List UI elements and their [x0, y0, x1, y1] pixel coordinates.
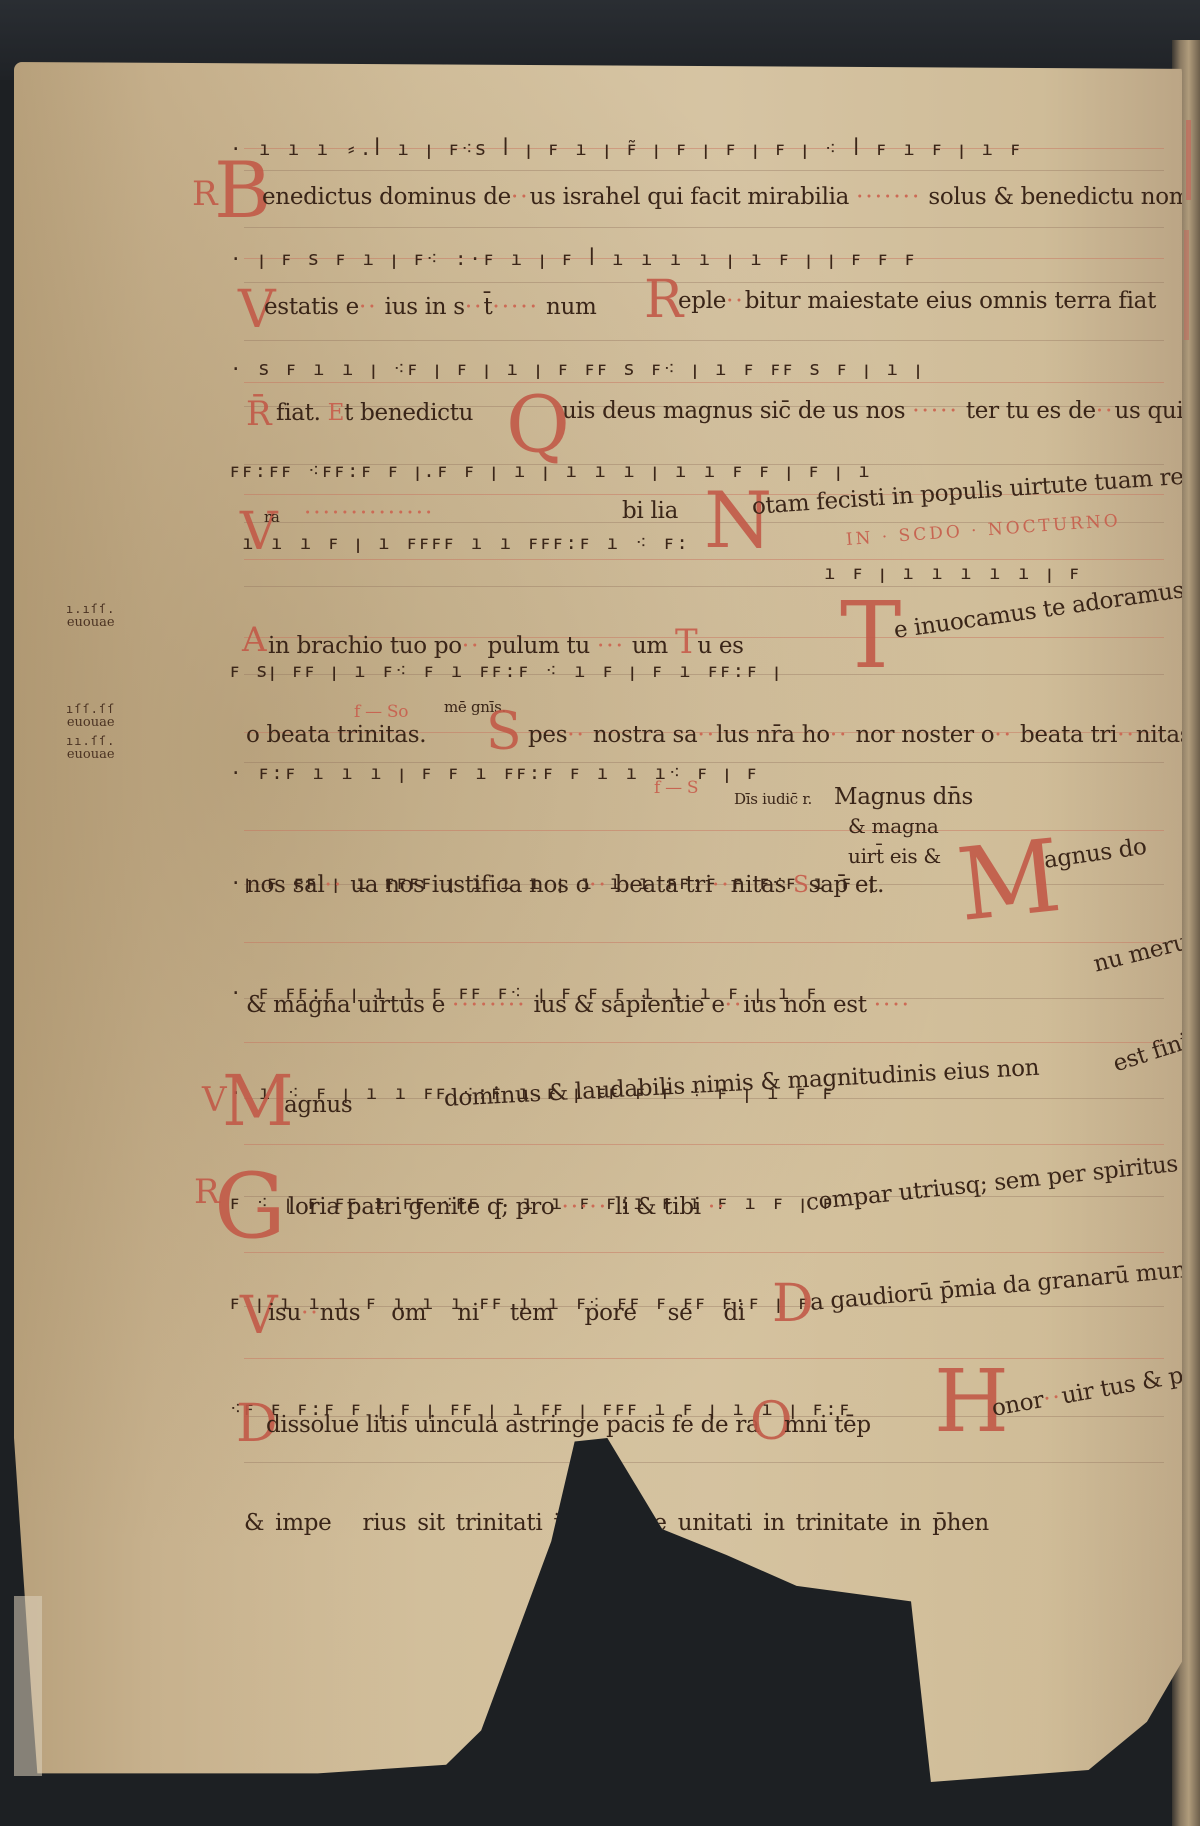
text-segment: fiat.	[276, 400, 321, 426]
chant-text-line-13: & impe rius sit trinitati in unitate uni…	[244, 1510, 989, 1536]
text-segment: pore se	[585, 1300, 693, 1326]
margin-euouae: euouae	[66, 748, 115, 762]
initial-letter-m: M	[952, 817, 1066, 944]
melisma-dots: ·····	[912, 398, 959, 424]
text-segment: uis deus magnus sic̄ de us nos	[562, 398, 905, 424]
melisma-dots: ··	[712, 872, 731, 898]
text-segment: loria patri genite q; pro	[288, 1194, 554, 1220]
melisma-dots: ··	[301, 1300, 320, 1326]
margin-euouae: euouae	[66, 716, 115, 730]
melisma-dots: ··	[708, 1194, 727, 1220]
melisma-dots: ··	[511, 184, 530, 210]
chant-text-line-12: dissolue litis uincula astringe pacis fe…	[266, 1412, 759, 1438]
margin-neumes: ı.ıſſ.	[66, 602, 115, 616]
melisma-dots: ········	[452, 992, 527, 1018]
text-segment: ua nos iustifica nos o	[350, 872, 589, 898]
chant-text-line-1: enedictus dominus de··us israhel qui fac…	[262, 184, 1200, 210]
melisma-dots: ··	[567, 722, 586, 748]
text-segment: ius & sapientie e	[534, 992, 725, 1018]
melisma-dots: ··	[994, 722, 1013, 748]
chant-text-line-6: o beata trinitas.	[246, 722, 426, 748]
melisma-dots: ··	[589, 872, 608, 898]
rubric-s: S	[793, 872, 808, 898]
initial-letter-n: N	[704, 476, 772, 566]
rubric-in-secundo-nocturno: IN · SCDO · NOCTURNO	[845, 511, 1121, 550]
chant-text-line-2: estatis e·· ius in s··t̄····· num	[264, 294, 597, 320]
margin-differentia: ıı.ſſ. euouae	[66, 734, 115, 762]
melisma-dots: ·······	[856, 184, 921, 210]
rubric-cue: f — So	[354, 702, 408, 722]
melisma-dots: ·····	[492, 294, 539, 320]
initial-letter-g: G	[214, 1154, 286, 1259]
chant-text-line-10b: compar utriusq; sem per spiritus alme	[805, 1144, 1200, 1215]
parchment-leaf: ı.ıſſ. euouae ıſſ.ſſ euouae ıı.ſſ. euoua…	[14, 62, 1182, 1782]
text-segment: uir tus	[1060, 1371, 1138, 1409]
chant-text-line-9: agnus	[284, 1092, 352, 1118]
text-segment: ra	[264, 508, 280, 526]
text-segment: pes	[528, 722, 567, 748]
ruling-line	[244, 170, 1164, 171]
initial-letter-a: A	[242, 620, 267, 660]
neume-row: · ꞁ ꜰ ꜱ ꜰ ı ꞁ ꜰ⁖ :·ꜰ ı ꞁ ꜰ ꟾ ı ı ı ı ꞁ ı…	[230, 248, 917, 270]
chant-text-line-5: in brachio tuo po·· pulum tu ··· um Tu e…	[268, 622, 744, 662]
ruling-line	[244, 1042, 1164, 1043]
neume-row: ı ı ı ꜰ ꞁ ı ꜰꜰꜰꜰ ı ı ꜰꜰꜰ:ꜰ ı ⁖ ꜰ:	[242, 532, 691, 554]
ruling-line	[244, 1462, 1164, 1463]
text-segment: in brachio tuo po	[268, 633, 462, 659]
initial-letter-q: Q	[506, 380, 570, 470]
text-segment: & magna uirtus e	[246, 992, 445, 1018]
rubric-cue-text: Dīs iudic̄ r.	[734, 790, 812, 808]
melisma-dots: ··	[462, 633, 481, 659]
chant-text-line-3b: uis deus magnus sic̄ de us nos ····· ter…	[562, 398, 1200, 424]
chant-text-line-12b: mni tēp	[784, 1412, 871, 1438]
melisma-dots: ··	[1096, 398, 1115, 424]
text-segment: ter tu es de	[966, 398, 1096, 424]
melisma-dots: ··	[726, 288, 745, 314]
ruling-line	[244, 382, 1164, 383]
text-segment: agnus	[284, 1092, 352, 1118]
melisma-dots: ··	[725, 992, 744, 1018]
parchment-repair-strip	[14, 1596, 42, 1776]
ruling-line	[244, 586, 1164, 587]
chant-text-line-8: & magna uirtus e ········ ius & sapienti…	[246, 992, 911, 1018]
text-segment: dissolue litis uincula astringe pacis fe…	[266, 1412, 759, 1438]
text-segment: nos sal	[246, 872, 325, 898]
versus-text: uirt̄ eis &	[848, 844, 941, 868]
text-segment: ius in s	[385, 294, 465, 320]
text-segment: pulum tu	[487, 633, 589, 659]
text-segment: enedictus dominus de	[262, 184, 511, 210]
initial-letter-t-large: T	[840, 582, 901, 689]
ruling-line	[244, 1252, 1164, 1253]
text-segment: nostra sa	[593, 722, 698, 748]
text-segment: eple	[678, 288, 726, 314]
ruling-line	[244, 282, 1164, 283]
text-segment: ius non est	[743, 992, 866, 1018]
ruling-line	[244, 942, 1164, 943]
text-segment: isu	[268, 1300, 301, 1326]
text-segment: & impe	[244, 1510, 331, 1536]
ruling-line	[244, 1144, 1164, 1145]
margin-neumes: ıı.ſſ.	[66, 734, 115, 748]
melisma-dots: ··	[325, 872, 344, 898]
chant-text-line-3: fiat. Et benedictu	[276, 400, 473, 426]
margin-differentia: ı.ıſſ. euouae	[66, 602, 115, 630]
chant-text-line-2b: eple··bitur maiestate eius omnis terra f…	[678, 288, 1156, 314]
margin-neumes: ıſſ.ſſ	[66, 702, 115, 716]
melisma-dots: ··	[830, 722, 849, 748]
chant-text-line-7: nos sal·· ua nos iustifica nos o·· beata…	[246, 872, 884, 898]
initial-letter-t: T	[675, 622, 697, 662]
chant-text-line-10: loria patri genite q; pro ····· li & tib…	[288, 1194, 726, 1220]
text-segment: solus & benedictu nomen ma	[928, 184, 1200, 210]
neume-row: ꜰ ꜱꞁ ꜰꜰ ꞁ ı ꜰ⁖ ꜰ ı ꜰꜰ:ꜰ ⁖ ı ꜰ ꞁ ꜰ ı ꜰꜰ:ꜰ…	[230, 660, 782, 682]
initial-letter-d: D	[772, 1274, 814, 1334]
rubric-cue-text: Magnus dn̄s	[834, 784, 973, 810]
ruling-line	[244, 340, 1164, 341]
chant-text-line-11: isu··nus om ni tem pore se di	[268, 1300, 745, 1326]
next-page-red-initial-fragment	[1184, 230, 1189, 340]
text-segment: u es	[697, 633, 743, 659]
text-segment: li & tibi	[615, 1194, 701, 1220]
text-segment: di	[724, 1300, 745, 1326]
margin-differentia: ıſſ.ſſ euouae	[66, 702, 115, 730]
melisma-dots: ··	[359, 294, 378, 320]
margin-euouae: euouae	[66, 616, 115, 630]
text-segment: nitas	[731, 872, 786, 898]
text-segment: beata tri	[615, 872, 712, 898]
ruling-line	[244, 227, 1164, 228]
melisma-dots: ···	[597, 633, 625, 659]
chant-text-line-6b: pes·· nostra sa··lus nr̄a ho·· nor noste…	[528, 722, 1191, 748]
ruling-line	[244, 1358, 1164, 1359]
text-segment: lus nr̄a ho	[716, 722, 830, 748]
chant-text-line-4: bi lia	[622, 498, 678, 524]
rubric-responsory-mark: R̄	[246, 394, 272, 434]
melisma-dots: ··	[697, 722, 716, 748]
chant-text-line-12c: onor··uir tus & potes	[990, 1354, 1200, 1421]
next-page-red-initial-fragment	[1186, 120, 1191, 200]
initial-letter-m: M	[222, 1060, 294, 1142]
initial-letter-s: S	[486, 702, 522, 762]
text-segment: num	[546, 294, 597, 320]
neume-row: · ı ı ı ⸗.ꟾ ı ꞁ ꜰ⁖ꜱ ꟾ ꞁ ꜰ ı ꞁ ꜰ̃ ꞁ ꜰ ꞁ ꜰ…	[230, 138, 1023, 161]
text-segment: bi lia	[622, 498, 678, 524]
text-segment: o beata trinitas.	[246, 722, 426, 748]
neume-row: · ꜱ ꜰ ı ı ꞁ ⁖ꜰ ꞁ ꜰ ꞁ ı ꞁ ꜰ ꜰꜰ ꜱ ꜰ⁖ ꞁ ı ꜰ…	[230, 358, 924, 380]
text-segment: bitur maiestate eius omnis terra fiat	[745, 288, 1156, 314]
melisma-dots: ·····	[561, 1194, 608, 1220]
melisma-dots: ··	[1117, 722, 1136, 748]
rubric-cue: f — S	[654, 778, 698, 798]
chant-text-line-7b: agnus do	[1042, 834, 1148, 874]
text-segment: um	[632, 633, 668, 659]
text-segment: nus om ni tem	[320, 1300, 554, 1326]
text-segment: t benedictu	[344, 400, 473, 426]
melisma-dots: ····	[874, 992, 911, 1018]
melisma-dots: ··············	[304, 500, 434, 526]
melisma-dots: ··	[465, 294, 484, 320]
text-segment: nor noster o	[855, 722, 994, 748]
initial-letter-e: E	[328, 400, 345, 426]
text-segment: sap̄ et.	[809, 872, 885, 898]
text-segment: rius sit trinitati in unitate unitati in…	[363, 1510, 989, 1536]
text-segment: beata tri	[1020, 722, 1117, 748]
neume-row: ı ꜰ ꞁ ı ı ı ı ı ꞁ ꜰ	[824, 562, 1082, 584]
versus-text: & magna	[848, 814, 939, 838]
text-segment: us israhel qui facit mirabilia	[530, 184, 849, 210]
text-segment: estatis e	[264, 294, 359, 320]
